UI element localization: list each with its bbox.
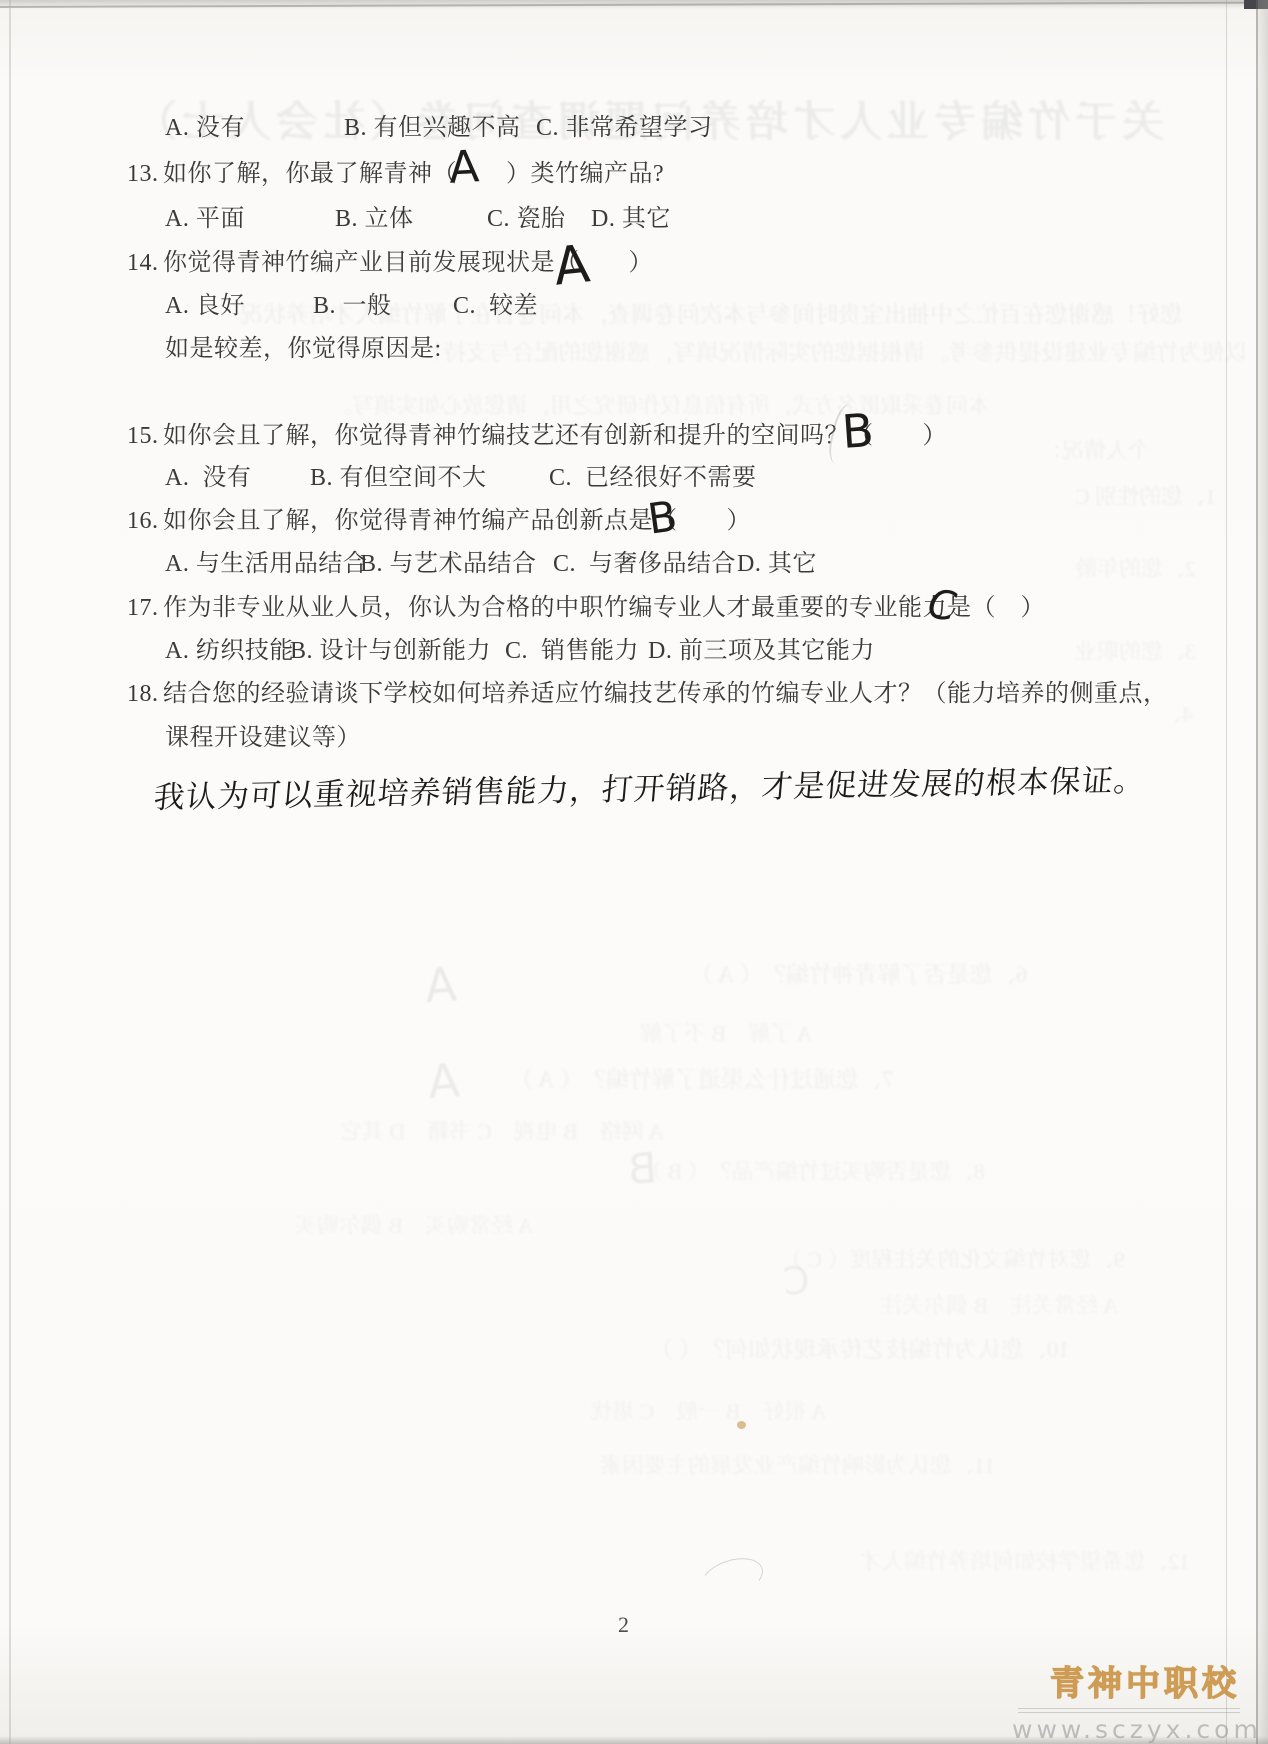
handwritten-answer-q17: C: [925, 584, 958, 627]
bleedthrough-line: A 了解 B 不了解: [640, 1020, 812, 1049]
option-c: C. 非常希望学习: [536, 112, 713, 144]
question-number: 13.: [127, 158, 159, 190]
bleedthrough-line: 本问卷采取匿名方式，所有信息仅作研究之用，请您放心如实填写。: [330, 392, 990, 421]
option-a: A. 与生活用品结合: [165, 548, 367, 580]
option-a: A. 没有: [165, 462, 251, 494]
question-text-line1: 结合您的经验请谈下学校如何培养适应竹编技艺传承的竹编专业人才？（能力培养的侧重点…: [163, 678, 1168, 710]
option-c: C. 与奢侈品结合: [553, 548, 736, 580]
bleedthrough-letter: B: [627, 1147, 659, 1191]
handwritten-answer-q13: A: [448, 145, 480, 191]
bleedthrough-line: 11、您认为影响竹编产业发展的主要因素: [600, 1452, 995, 1481]
bleedthrough-letter: A: [426, 1057, 461, 1105]
option-a: A. 良好: [165, 290, 245, 322]
option-d: D. 其它: [737, 548, 817, 580]
option-c: C. 瓷胎: [487, 203, 566, 235]
scan-right-edge-line-light: [1226, 0, 1227, 1744]
scan-right-shadow: [1258, 0, 1268, 1744]
scan-bottom-shadow: [0, 1736, 1268, 1744]
page-number: 2: [618, 1612, 629, 1638]
question-text: 如你了解，你最了解青神（ ）类竹编产品?: [163, 158, 664, 190]
bleedthrough-line: 6、您是否了解青神竹编？（ A ）: [690, 960, 1027, 990]
paper-stain: [737, 1421, 746, 1429]
question-number: 14.: [127, 247, 159, 279]
bleedthrough-line: 9、您对竹编文化的关注程度（ C ）: [780, 1246, 1125, 1275]
option-c: C. 已经很好不需要: [549, 462, 757, 494]
option-a: A. 平面: [165, 203, 245, 235]
bleedthrough-letter: C: [782, 1261, 811, 1301]
option-d: D. 前三项及其它能力: [648, 635, 875, 667]
bleedthrough-line: A 很好 B 一般 C 堪忧: [590, 1398, 827, 1427]
bleedthrough-line: 10、您认为竹编技艺传承现状如何？（ ）: [650, 1335, 1070, 1365]
bleedthrough-line: 12、您希望学校如何培养竹编人才: [860, 1548, 1190, 1577]
bleedthrough-line: 3、您的职业: [1075, 638, 1196, 667]
option-a: A. 没有: [165, 112, 245, 144]
bleedthrough-line: 以便为竹编专业建设提供参考。请根据您的实际情况填写，感谢您的配合与支持！: [420, 338, 1248, 368]
scanned-questionnaire-page: 关于竹编专业人才培养问题调查问卷（社会人士） 您好！感谢您在百忙之中抽出宝贵时间…: [0, 0, 1268, 1744]
question-text-line2: 课程开设建议等）: [165, 722, 361, 754]
question-number: 18.: [127, 678, 159, 710]
bleedthrough-line: A 经常关注 B 偶尔关注: [880, 1292, 1118, 1321]
question-number: 15.: [127, 420, 159, 452]
option-b: B. 有但空间不大: [310, 462, 487, 494]
watermark: 青神中职校 www.sczyx.com: [1012, 1656, 1240, 1744]
handwritten-response-q18: 我认为可以重视培养销售能力，打开销路，才是促进发展的根本保证。: [152, 755, 1148, 817]
option-b: B. 一般: [313, 290, 392, 322]
handwritten-answer-q14: A: [551, 238, 592, 293]
bleedthrough-line: 7、您通过什么渠道了解竹编？（ A ）: [510, 1065, 893, 1095]
option-b: B. 有但兴趣不高: [344, 112, 521, 144]
bleedthrough-line: A 网络 B 电视 C 书籍 D 其它: [340, 1118, 664, 1147]
bleedthrough-line: 2、您的年龄: [1075, 555, 1196, 584]
option-b: B. 与艺术品结合: [360, 548, 537, 580]
followup-text: 如是较差，你觉得原因是:: [165, 333, 442, 365]
question-number: 16.: [127, 505, 159, 537]
option-c: C. 销售能力: [505, 635, 639, 667]
option-b: B. 立体: [335, 203, 414, 235]
bleedthrough-line: 8、您是否购买过竹编产品？（ B ）: [640, 1158, 985, 1187]
option-d: D. 其它: [591, 203, 671, 235]
bleedthrough-line: A 经常购买 B 偶尔购买: [295, 1212, 533, 1241]
handwritten-answer-q16: B: [645, 495, 679, 541]
option-c: C. 较差: [453, 290, 538, 322]
option-a: A. 纺织技能: [165, 635, 294, 667]
pencil-arc-mark: [696, 1551, 768, 1605]
question-number: 17.: [127, 592, 159, 624]
watermark-divider: [1018, 1708, 1240, 1713]
bleedthrough-line: 个人情况：: [1040, 437, 1150, 466]
bleedthrough-line: 1、您的性别 C: [1075, 483, 1216, 512]
bleedthrough-letter: A: [423, 961, 458, 1009]
question-text: 作为非专业从业人员，你认为合格的中职竹编专业人才最重要的专业能力是（ ）: [163, 592, 1045, 624]
option-b: B. 设计与创新能力: [290, 635, 491, 667]
scan-left-edge-line: [9, 0, 11, 1744]
watermark-site-name: 青神中职校: [1012, 1656, 1240, 1705]
